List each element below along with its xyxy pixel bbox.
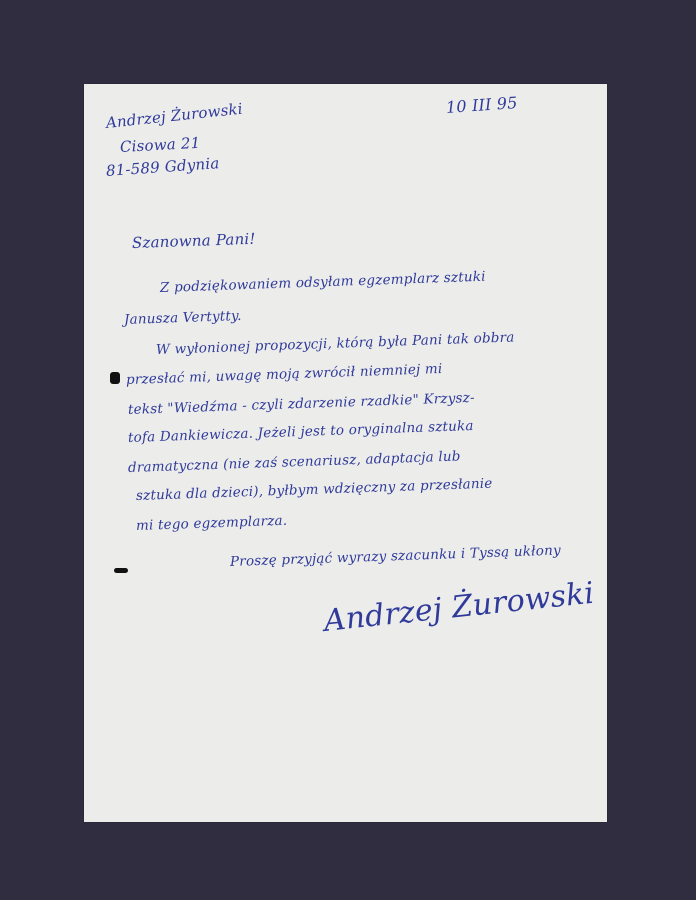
body-line: tekst "Wiedźma - czyli zdarzenie rzadkie…	[128, 390, 475, 418]
punch-mark-bottom	[114, 568, 128, 573]
body-line: przesłać mi, uwagę moją zwrócił niemniej…	[126, 361, 443, 388]
punch-mark-top	[110, 372, 120, 384]
body-line: dramatyczna (nie zaś scenariusz, adaptac…	[128, 448, 461, 476]
letter-date: 10 III 95	[445, 93, 518, 117]
salutation: Szanowna Pani!	[132, 230, 256, 252]
body-line: mi tego egzemplarza.	[136, 513, 288, 534]
letter-paper: Andrzej Żurowski Cisowa 21 81-589 Gdynia…	[84, 84, 607, 822]
body-line: W wyłonionej propozycji, którą była Pani…	[156, 329, 515, 358]
body-line: sztuka dla dzieci), byłbym wdzięczny za …	[136, 476, 493, 504]
sender-name: Andrzej Żurowski	[105, 98, 244, 134]
closing-line: Proszę przyjąć wyrazy szacunku i Tyssą u…	[230, 542, 561, 570]
body-line: Janusza Vertytty.	[124, 308, 242, 328]
body-line: Z podziękowaniem odsyłam egzemplarz sztu…	[160, 269, 486, 296]
signature: Andrzej Żurowski	[322, 576, 596, 639]
body-line: tofa Dankiewicza. Jeżeli jest to orygina…	[128, 418, 474, 446]
